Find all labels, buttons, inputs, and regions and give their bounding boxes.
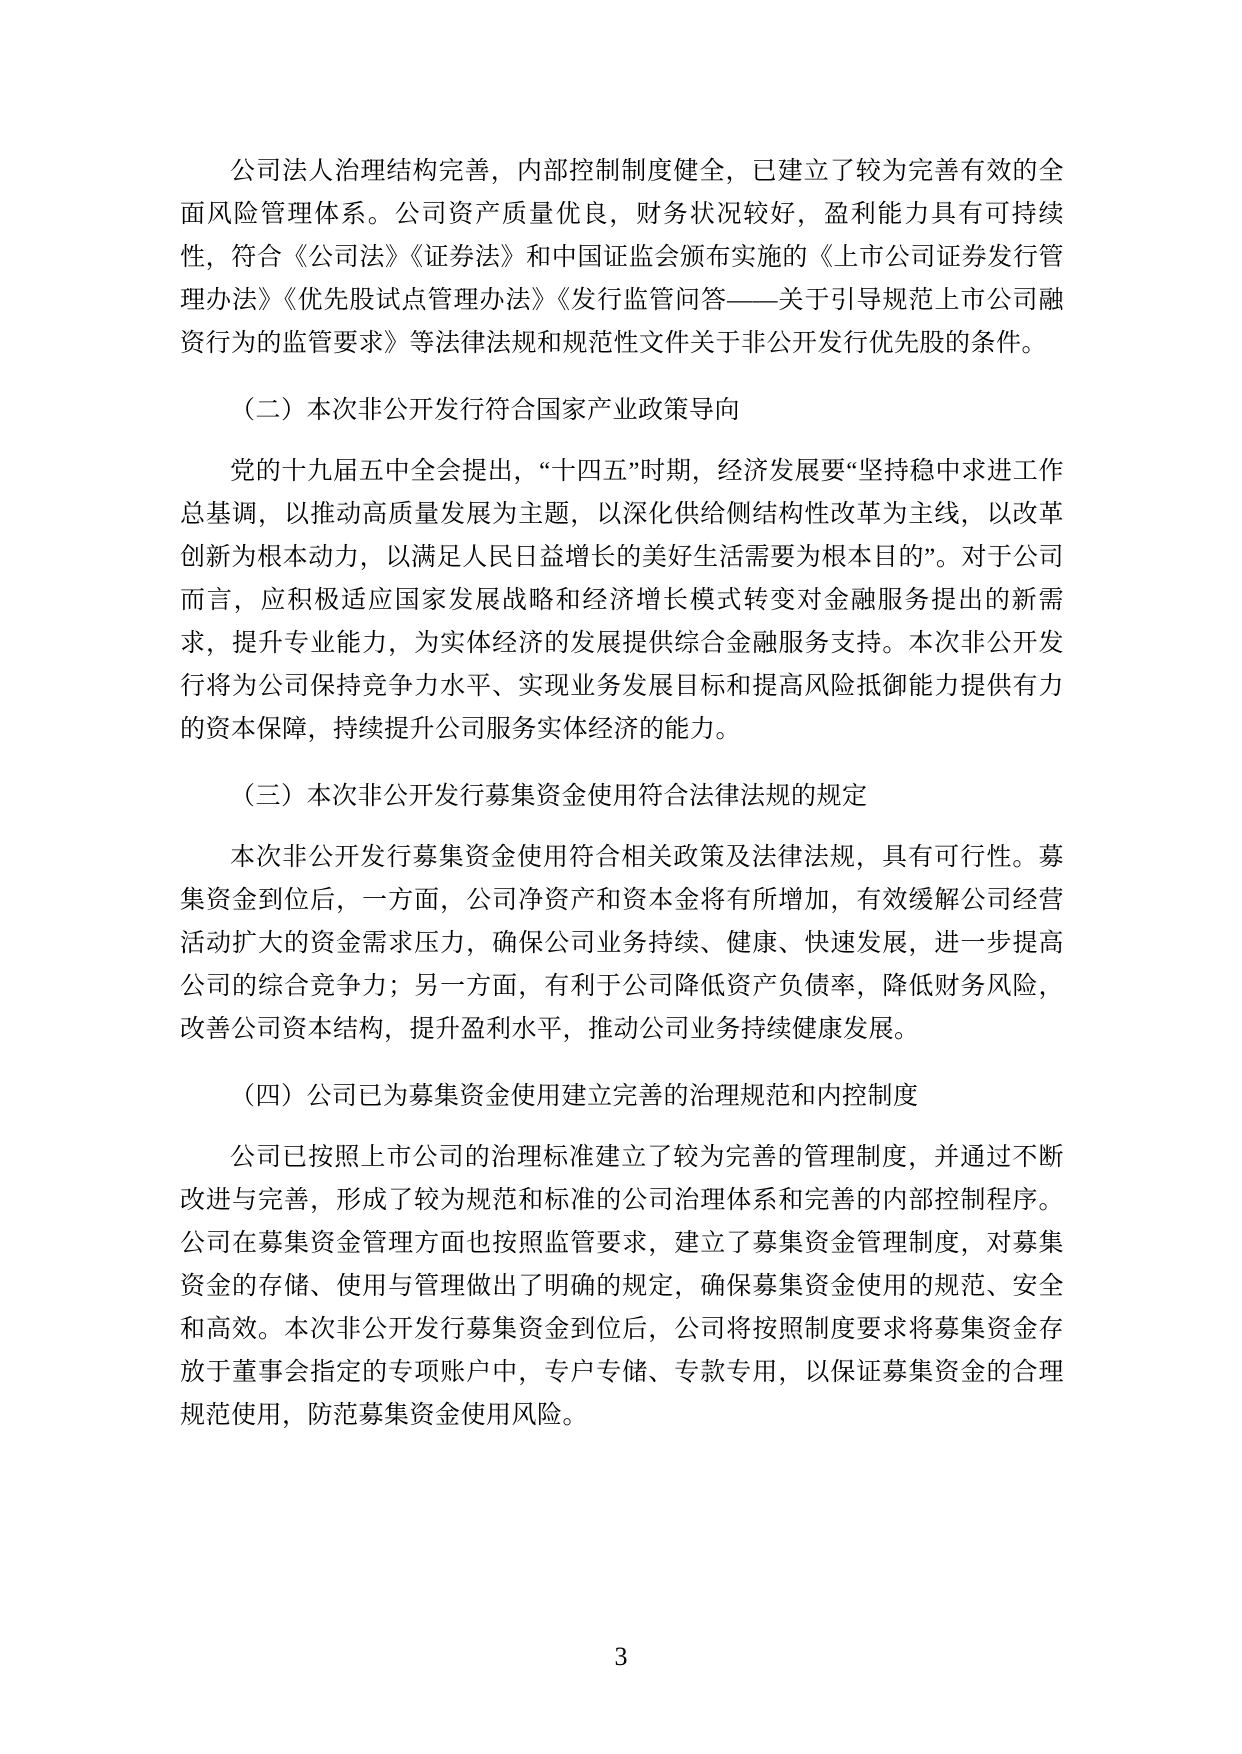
paragraph-internal-control-system: 公司已按照上市公司的治理标准建立了较为完善的管理制度，并通过不断改进与完善，形成… bbox=[180, 1136, 1064, 1437]
heading-section-2-policy-orientation: （二）本次非公开发行符合国家产业政策导向 bbox=[180, 389, 1064, 432]
document-body: 公司法人治理结构完善，内部控制制度健全，已建立了较为完善有效的全面风险管理体系。… bbox=[180, 150, 1064, 1437]
page-number: 3 bbox=[0, 1640, 1242, 1674]
heading-section-3-fund-use-legality: （三）本次非公开发行募集资金使用符合法律法规的规定 bbox=[180, 775, 1064, 818]
document-page: 公司法人治理结构完善，内部控制制度健全，已建立了较为完善有效的全面风险管理体系。… bbox=[0, 0, 1242, 1754]
paragraph-governance-compliance: 公司法人治理结构完善，内部控制制度健全，已建立了较为完善有效的全面风险管理体系。… bbox=[180, 150, 1064, 365]
paragraph-fund-use-feasibility: 本次非公开发行募集资金使用符合相关政策及法律法规，具有可行性。募集资金到位后，一… bbox=[180, 836, 1064, 1051]
heading-section-4-internal-controls: （四）公司已为募集资金使用建立完善的治理规范和内控制度 bbox=[180, 1075, 1064, 1118]
paragraph-policy-alignment: 党的十九届五中全会提出，“十四五”时期，经济发展要“坚持稳中求进工作总基调，以推… bbox=[180, 450, 1064, 751]
